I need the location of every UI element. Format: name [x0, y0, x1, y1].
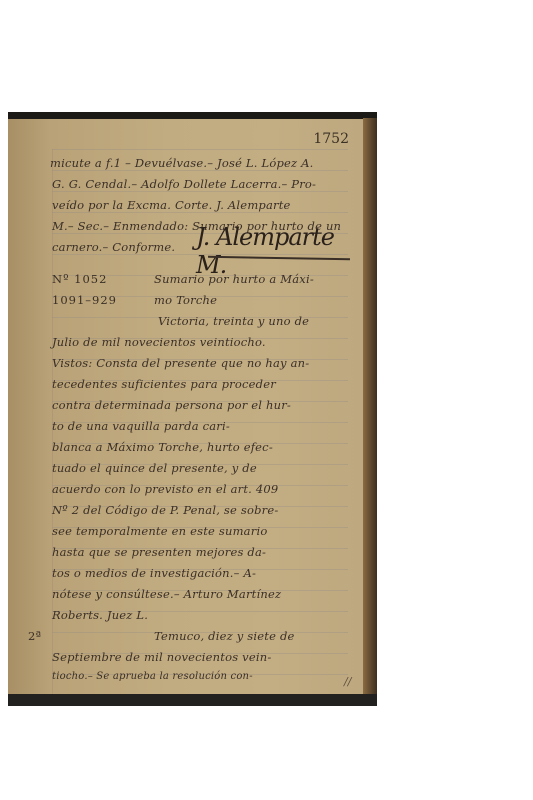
signature: J. Alemparte M. [196, 223, 363, 279]
entry-number: Nº 1052 [52, 272, 107, 286]
handwritten-line: tos o medios de investigación.– A- [52, 566, 256, 580]
entry-title: mo Torche [154, 293, 217, 307]
handwritten-line: Septiembre de mil novecientos vein- [52, 650, 271, 664]
handwritten-line: Victoria, treinta y uno de [158, 314, 309, 328]
handwritten-line: tecedentes suficientes para proceder [52, 377, 276, 391]
handwritten-line: tiocho.– Se aprueba la resolución con- [52, 671, 253, 682]
handwritten-line: Vistos: Consta del presente que no hay a… [52, 356, 309, 370]
handwritten-line: to de una vaquilla parda cari- [52, 419, 230, 433]
entry-title: Sumario por hurto a Máxi- [154, 272, 314, 286]
entry-reference: 1091–929 [52, 293, 117, 307]
continuation-mark: // [344, 675, 351, 688]
document-photo: 1752 micute a f.1 – Devuélvase.– José L.… [8, 112, 377, 706]
ledger-page: 1752 micute a f.1 – Devuélvase.– José L.… [8, 119, 363, 694]
handwritten-line: Julio de mil novecientos veintiocho. [52, 335, 266, 349]
handwritten-line: blanca a Máximo Torche, hurto efec- [52, 440, 273, 454]
handwritten-line: hasta que se presenten mejores da- [52, 545, 266, 559]
handwritten-line: Nº 2 del Código de P. Penal, se sobre- [52, 503, 278, 517]
handwritten-line: veído por la Excma. Corte. J. Alemparte [52, 198, 291, 212]
bottom-shadow [8, 694, 377, 706]
page-number: 1752 [313, 131, 349, 147]
handwritten-line: acuerdo con lo previsto en el art. 409 [52, 482, 278, 496]
handwritten-line: carnero.– Conforme. [52, 240, 175, 254]
entry-number: 2ª [28, 629, 41, 643]
handwritten-line: Temuco, diez y siete de [154, 629, 295, 643]
handwritten-line: tuado el quince del presente, y de [52, 461, 257, 475]
handwritten-line: contra determinada persona por el hur- [52, 398, 291, 412]
handwritten-line: Roberts. Juez L. [52, 608, 148, 622]
handwritten-line: nótese y consúltese.– Arturo Martínez [52, 587, 281, 601]
handwritten-line: G. G. Cendal.– Adolfo Dollete Lacerra.– … [52, 177, 316, 191]
handwritten-line: micute a f.1 – Devuélvase.– José L. Lópe… [50, 156, 314, 170]
handwritten-line: see temporalmente en este sumario [52, 524, 267, 538]
book-binding-edge [363, 118, 377, 696]
